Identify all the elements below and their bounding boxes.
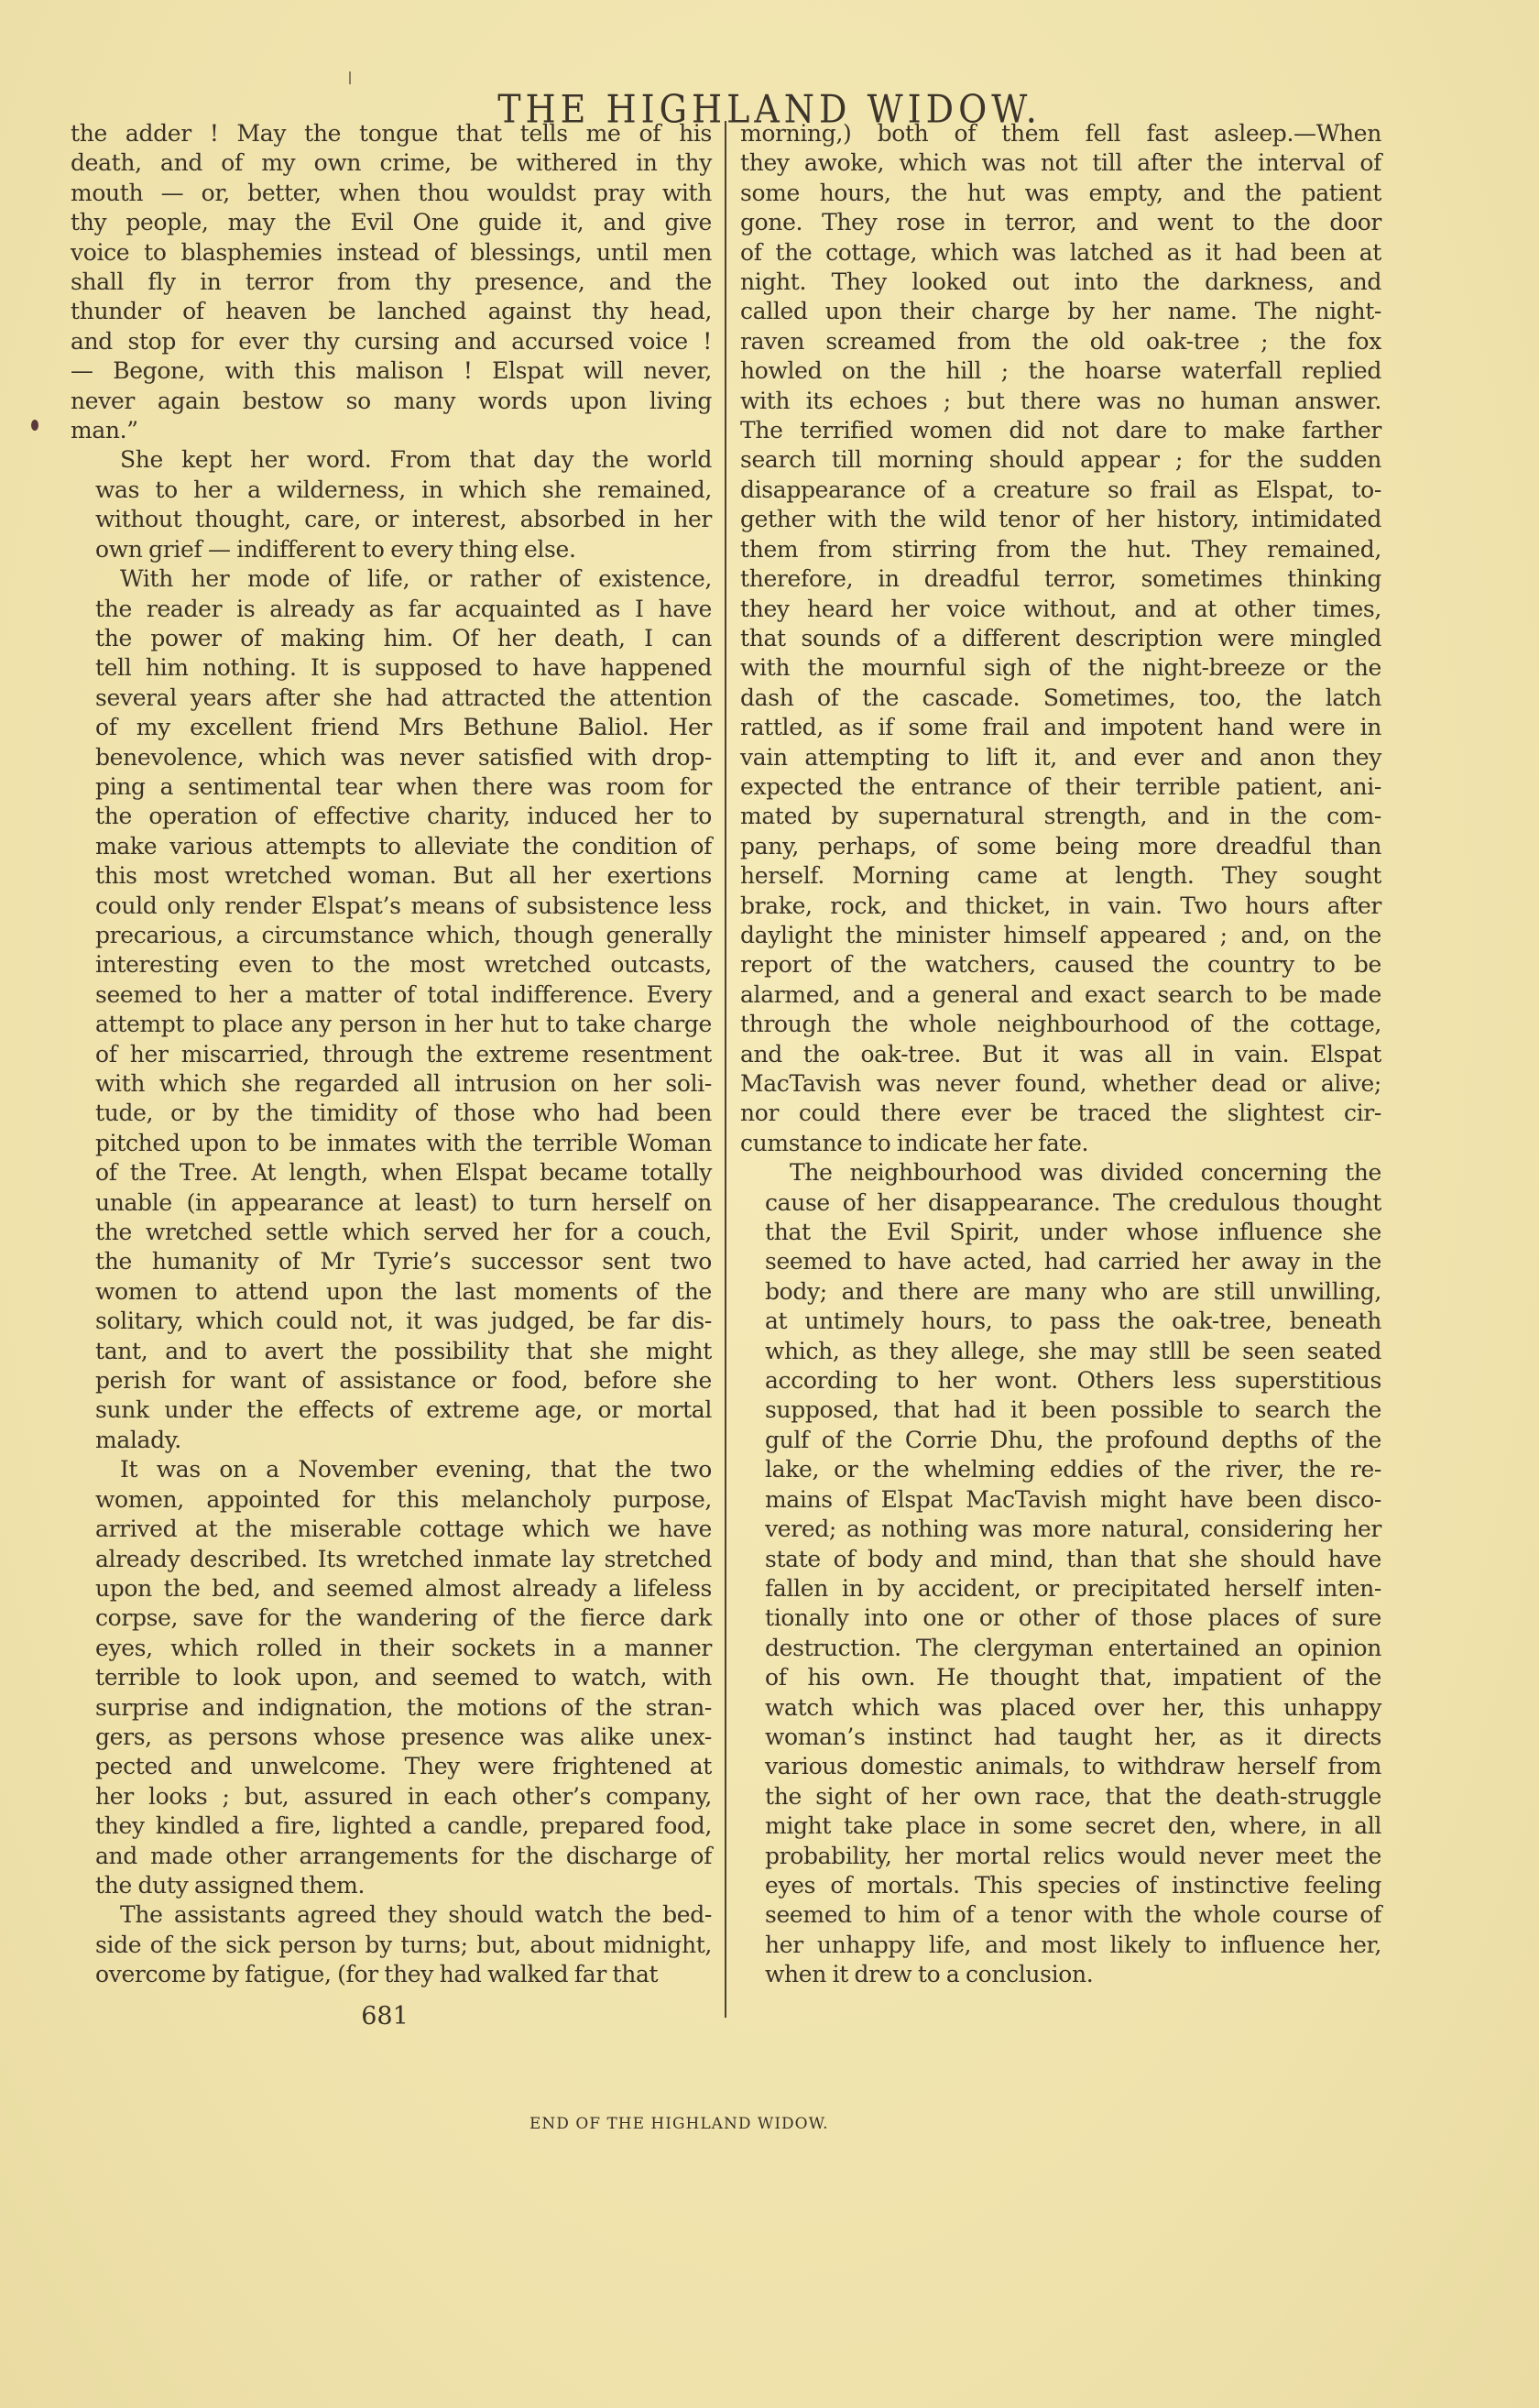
- text-line: raven screamed from the old oak-tree ; t…: [740, 327, 1381, 356]
- text-line: of the Tree. At length, when Elspat beca…: [71, 1158, 712, 1188]
- text-line: tell him nothing. It is supposed to have…: [71, 653, 712, 683]
- printer-mark: [349, 71, 351, 84]
- text-line: watch which was placed over her, this un…: [740, 1693, 1381, 1723]
- text-line: women, appointed for this melancholy pur…: [71, 1485, 712, 1515]
- text-line: pitched upon to be inmates with the terr…: [71, 1129, 712, 1158]
- text-line: various domestic animals, to withdraw he…: [740, 1752, 1381, 1781]
- text-line: this most wretched woman. But all her ex…: [71, 861, 712, 891]
- text-line: the reader is already as far acquainted …: [71, 595, 712, 624]
- text-line: morning,) both of them fell fast asleep.…: [740, 119, 1381, 148]
- text-line: solitary, which could not, it was judged…: [71, 1307, 712, 1336]
- left-column: the adder ! May the tongue that tells me…: [71, 119, 712, 1990]
- text-line: seemed to him of a tenor with the whole …: [740, 1900, 1381, 1930]
- text-line: terrible to look upon, and seemed to wat…: [71, 1663, 712, 1692]
- text-line: report of the watchers, caused the count…: [740, 950, 1381, 980]
- text-line: gulf of the Corrie Dhu, the profound dep…: [740, 1426, 1381, 1455]
- text-line: they kindled a fire, lighted a candle, p…: [71, 1811, 712, 1841]
- text-line: corpse, save for the wandering of the fi…: [71, 1604, 712, 1633]
- text-line: make various attempts to alleviate the c…: [71, 832, 712, 861]
- text-line: and made other arrangements for the disc…: [71, 1842, 712, 1871]
- paragraph: morning,) both of them fell fast asleep.…: [740, 119, 1381, 1158]
- text-line: man.”: [71, 416, 712, 445]
- text-line: woman’s instinct had taught her, as it d…: [740, 1723, 1381, 1752]
- text-line: of his own. He thought that, impatient o…: [740, 1663, 1381, 1692]
- text-line: lake, or the whelming eddies of the rive…: [740, 1455, 1381, 1484]
- text-line: death, and of my own crime, be withered …: [71, 148, 712, 178]
- text-line: could only render Elspat’s means of subs…: [71, 892, 712, 921]
- text-line: dash of the cascade. Sometimes, too, the…: [740, 684, 1381, 713]
- text-line: surprise and indignation, the motions of…: [71, 1693, 712, 1723]
- text-line: fallen in by accident, or precipitated h…: [740, 1574, 1381, 1604]
- text-line: vered; as nothing was more natural, cons…: [740, 1515, 1381, 1544]
- text-line: own grief — indifferent to every thing e…: [71, 535, 712, 564]
- text-line: attempt to place any person in her hut t…: [71, 1010, 712, 1039]
- text-line: seemed to her a matter of total indiffer…: [71, 980, 712, 1010]
- text-line: MacTavish was never found, whether dead …: [740, 1069, 1381, 1099]
- text-line: vain attempting to lift it, and ever and…: [740, 743, 1381, 772]
- text-line: gone. They rose in terror, and went to t…: [740, 208, 1381, 237]
- text-line: alarmed, and a general and exact search …: [740, 980, 1381, 1010]
- text-line: daylight the minister himself appeared ;…: [740, 921, 1381, 950]
- text-line: With her mode of life, or rather of exis…: [71, 564, 712, 594]
- text-line: they heard her voice without, and at oth…: [740, 595, 1381, 624]
- text-line: arrived at the miserable cottage which w…: [71, 1515, 712, 1544]
- text-line: according to her wont. Others less super…: [740, 1366, 1381, 1396]
- text-line: called upon their charge by her name. Th…: [740, 297, 1381, 326]
- text-line: side of the sick person by turns; but, a…: [71, 1931, 712, 1960]
- text-line: gers, as persons whose presence was alik…: [71, 1723, 712, 1752]
- text-line: probability, her mortal relics would nev…: [740, 1842, 1381, 1871]
- text-line: mouth — or, better, when thou wouldst pr…: [71, 179, 712, 208]
- text-line: cause of her disappearance. The credulou…: [740, 1188, 1381, 1218]
- ink-spot: [31, 420, 38, 431]
- text-line: tude, or by the timidity of those who ha…: [71, 1099, 712, 1128]
- text-line: voice to blasphemies instead of blessing…: [71, 238, 712, 268]
- text-line: that sounds of a different description w…: [740, 624, 1381, 653]
- text-line: upon the bed, and seemed almost already …: [71, 1574, 712, 1604]
- text-line: pected and unwelcome. They were frighten…: [71, 1752, 712, 1781]
- text-line: brake, rock, and thicket, in vain. Two h…: [740, 892, 1381, 921]
- text-line: that the Evil Spirit, under whose influe…: [740, 1218, 1381, 1247]
- text-line: benevolence, which was never satisfied w…: [71, 743, 712, 772]
- text-line: She kept her word. From that day the wor…: [71, 445, 712, 475]
- text-line: ping a sentimental tear when there was r…: [71, 772, 712, 802]
- text-line: with its echoes ; but there was no human…: [740, 387, 1381, 416]
- text-line: malady.: [71, 1426, 712, 1455]
- text-line: howled on the hill ; the hoarse waterfal…: [740, 356, 1381, 386]
- paragraph: the adder ! May the tongue that tells me…: [71, 119, 712, 445]
- text-line: them from stirring from the hut. They re…: [740, 535, 1381, 564]
- text-line: interesting even to the most wretched ou…: [71, 950, 712, 980]
- text-line: and stop for ever thy cursing and accurs…: [71, 327, 712, 356]
- text-line: mated by supernatural strength, and in t…: [740, 802, 1381, 831]
- page-number: 681: [0, 2002, 769, 2030]
- text-line: search till morning should appear ; for …: [740, 445, 1381, 475]
- column-divider: [725, 121, 726, 2018]
- text-line: — Begone, with this malison ! Elspat wil…: [71, 356, 712, 386]
- paragraph: The assistants agreed they should watch …: [71, 1900, 712, 1989]
- text-line: eyes, which rolled in their sockets in a…: [71, 1634, 712, 1663]
- text-line: The neighbourhood was divided concerning…: [740, 1158, 1381, 1188]
- text-line: might take place in some secret den, whe…: [740, 1811, 1381, 1841]
- text-line: was to her a wilderness, in which she re…: [71, 476, 712, 505]
- text-line: supposed, that had it been possible to s…: [740, 1396, 1381, 1425]
- text-line: and the oak-tree. But it was all in vain…: [740, 1040, 1381, 1069]
- text-line: seemed to have acted, had carried her aw…: [740, 1247, 1381, 1276]
- text-line: thunder of heaven be lanched against thy…: [71, 297, 712, 326]
- text-line: The terrified women did not dare to make…: [740, 416, 1381, 445]
- text-line: body; and there are many who are still u…: [740, 1277, 1381, 1307]
- end-note: END OF THE HIGHLAND WIDOW.: [529, 2115, 829, 2133]
- text-line: women to attend upon the last moments of…: [71, 1277, 712, 1307]
- text-line: state of body and mind, than that she sh…: [740, 1545, 1381, 1574]
- text-line: The assistants agreed they should watch …: [71, 1900, 712, 1930]
- text-line: the sight of her own race, that the deat…: [740, 1782, 1381, 1811]
- right-column: morning,) both of them fell fast asleep.…: [740, 119, 1381, 1990]
- paragraph: With her mode of life, or rather of exis…: [71, 564, 712, 1455]
- text-line: tant, and to avert the possibility that …: [71, 1337, 712, 1366]
- text-line: the humanity of Mr Tyrie’s successor sen…: [71, 1247, 712, 1276]
- text-line: never again bestow so many words upon li…: [71, 387, 712, 416]
- text-line: the power of making him. Of her death, I…: [71, 624, 712, 653]
- text-line: shall fly in terror from thy presence, a…: [71, 268, 712, 297]
- text-line: with which she regarded all intrusion on…: [71, 1069, 712, 1099]
- text-line: It was on a November evening, that the t…: [71, 1455, 712, 1484]
- paragraph: She kept her word. From that day the wor…: [71, 445, 712, 564]
- paragraph: It was on a November evening, that the t…: [71, 1455, 712, 1900]
- paragraph: The neighbourhood was divided concerning…: [740, 1158, 1381, 1989]
- text-line: thy people, may the Evil One guide it, a…: [71, 208, 712, 237]
- text-line: they awoke, which was not till after the…: [740, 148, 1381, 178]
- text-line: unable (in appearance at least) to turn …: [71, 1188, 712, 1218]
- text-line: nor could there ever be traced the sligh…: [740, 1099, 1381, 1128]
- text-line: the duty assigned them.: [71, 1871, 712, 1900]
- text-line: when it drew to a conclusion.: [740, 1960, 1381, 1989]
- text-line: the wretched settle which served her for…: [71, 1218, 712, 1247]
- text-line: her looks ; but, assured in each other’s…: [71, 1782, 712, 1811]
- text-line: gether with the wild tenor of her histor…: [740, 505, 1381, 534]
- text-line: which, as they allege, she may stlll be …: [740, 1337, 1381, 1366]
- text-line: perish for want of assistance or food, b…: [71, 1366, 712, 1396]
- text-line: without thought, care, or interest, abso…: [71, 505, 712, 534]
- text-line: precarious, a circumstance which, though…: [71, 921, 712, 950]
- text-line: through the whole neighbourhood of the c…: [740, 1010, 1381, 1039]
- text-line: mains of Elspat MacTavish might have bee…: [740, 1485, 1381, 1515]
- text-line: the operation of effective charity, indu…: [71, 802, 712, 831]
- text-line: of the cottage, which was latched as it …: [740, 238, 1381, 268]
- text-line: night. They looked out into the darkness…: [740, 268, 1381, 297]
- text-line: with the mournful sigh of the night-bree…: [740, 653, 1381, 683]
- text-line: herself. Morning came at length. They so…: [740, 861, 1381, 891]
- text-line: the adder ! May the tongue that tells me…: [71, 119, 712, 148]
- text-line: at untimely hours, to pass the oak-tree,…: [740, 1307, 1381, 1336]
- text-line: destruction. The clergyman entertained a…: [740, 1634, 1381, 1663]
- text-line: her unhappy life, and most likely to inf…: [740, 1931, 1381, 1960]
- text-line: overcome by fatigue, (for they had walke…: [71, 1960, 712, 1989]
- text-line: sunk under the effects of extreme age, o…: [71, 1396, 712, 1425]
- text-line: cumstance to indicate her fate.: [740, 1129, 1381, 1158]
- text-line: disappearance of a creature so frail as …: [740, 476, 1381, 505]
- text-line: pany, perhaps, of some being more dreadf…: [740, 832, 1381, 861]
- text-line: some hours, the hut was empty, and the p…: [740, 179, 1381, 208]
- text-line: of her miscarried, through the extreme r…: [71, 1040, 712, 1069]
- text-line: rattled, as if some frail and impotent h…: [740, 713, 1381, 742]
- text-line: expected the entrance of their terrible …: [740, 772, 1381, 802]
- text-line: of my excellent friend Mrs Bethune Balio…: [71, 713, 712, 742]
- text-line: therefore, in dreadful terror, sometimes…: [740, 564, 1381, 594]
- text-line: eyes of mortals. This species of instinc…: [740, 1871, 1381, 1900]
- text-line: tionally into one or other of those plac…: [740, 1604, 1381, 1633]
- text-line: several years after she had attracted th…: [71, 684, 712, 713]
- text-line: already described. Its wretched inmate l…: [71, 1545, 712, 1574]
